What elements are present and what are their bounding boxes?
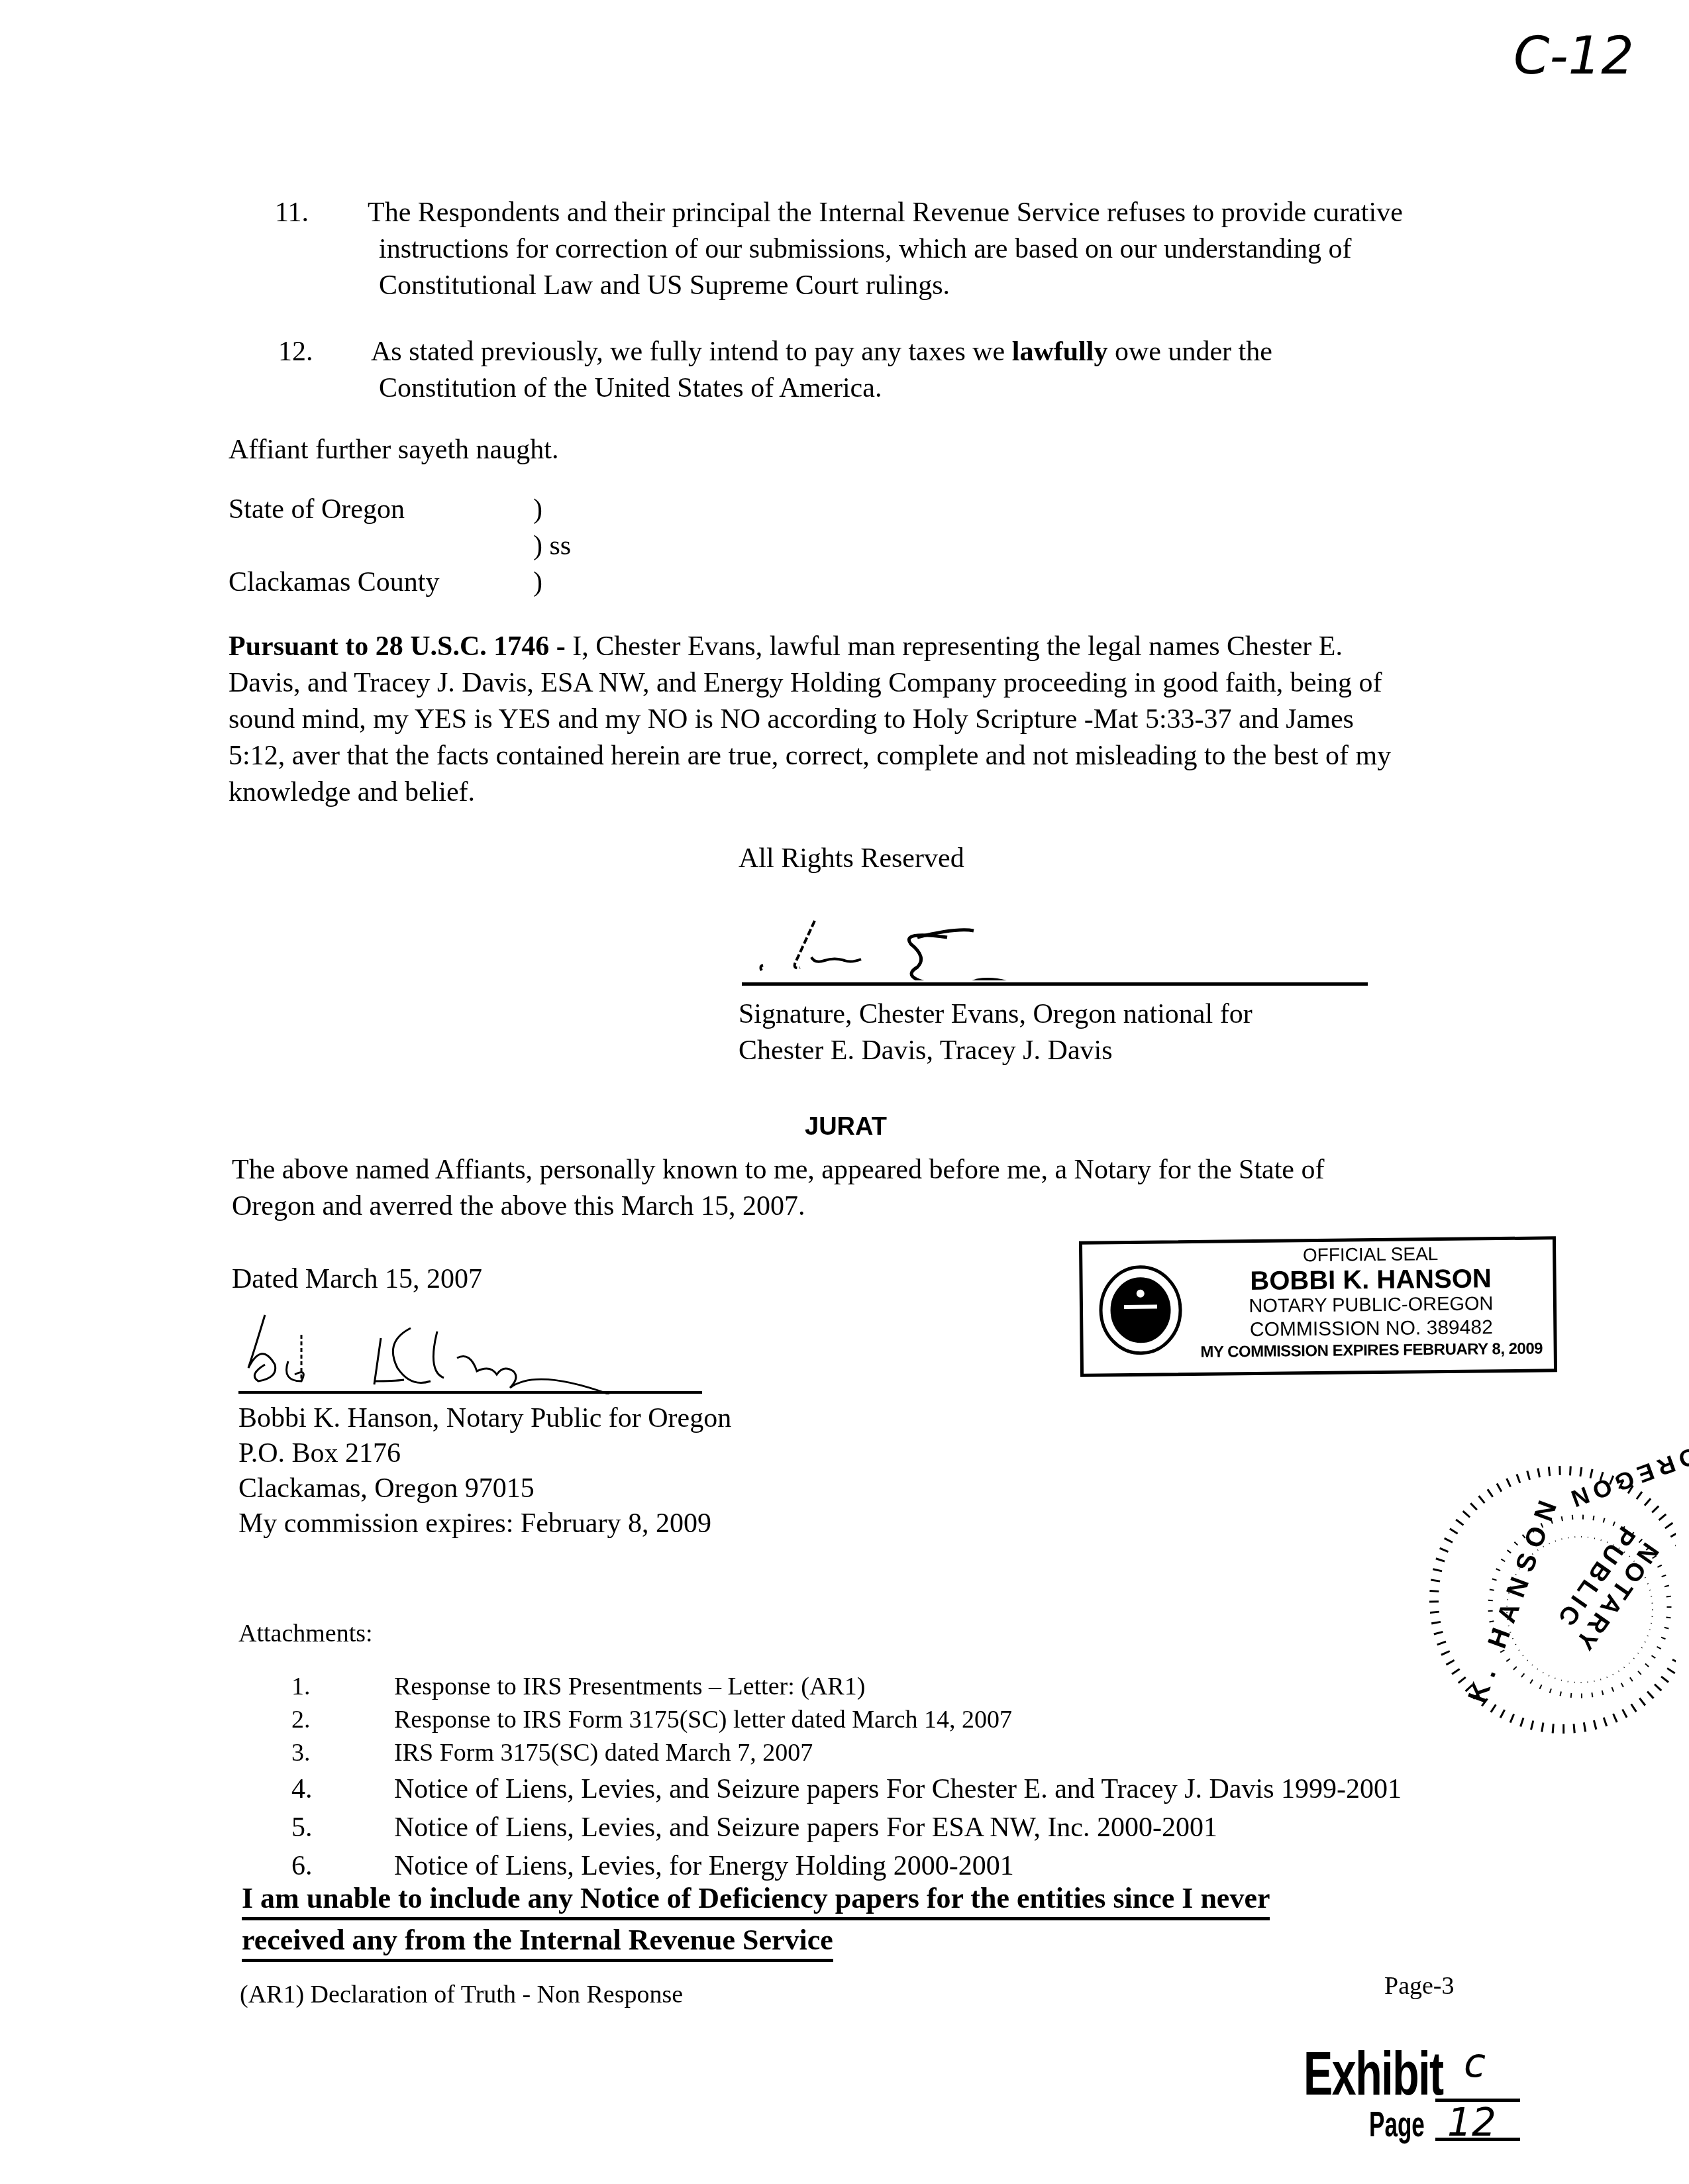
footer-page-number: Page-3 <box>1384 1969 1455 2003</box>
jurat-line-2: Oregon and averred the above this March … <box>232 1186 805 1227</box>
official-seal-stamp: OFFICIAL SEAL BOBBI K. HANSON NOTARY PUB… <box>1079 1236 1557 1377</box>
attachment-text: IRS Form 3175(SC) dated March 7, 2007 <box>394 1739 813 1767</box>
declaration-line-3: sound mind, my YES is YES and my NO is N… <box>229 699 1354 740</box>
item-text: As stated previously, we fully intend to… <box>371 337 1012 367</box>
exhibit-page-label: Page <box>1369 2106 1425 2142</box>
attachment-text: Response to IRS Presentments – Letter: (… <box>394 1673 865 1700</box>
item-number: 11. <box>275 192 368 233</box>
attachments-list: 1.Response to IRS Presentments – Letter:… <box>291 1669 1402 1884</box>
declaration-text: I, Chester Evans, lawful man representin… <box>572 631 1343 662</box>
venue-paren: ) <box>533 489 542 530</box>
embossed-notary-seal: K. HANSON OREGON NOTARY PUBLIC <box>1411 1444 1676 1736</box>
item-11: 11.The Respondents and their principal t… <box>275 192 1403 233</box>
seal-role: NOTARY PUBLIC-OREGON <box>1189 1294 1553 1317</box>
attachment-item: 2.Response to IRS Form 3175(SC) letter d… <box>291 1702 1402 1736</box>
declaration-line-4: 5:12, aver that the facts contained here… <box>229 735 1391 776</box>
deficiency-notice-line-1: I am unable to include any Notice of Def… <box>242 1878 1270 1920</box>
attachment-item: 3.IRS Form 3175(SC) dated March 7, 2007 <box>291 1736 1402 1769</box>
declaration-line-5: knowledge and belief. <box>229 772 475 813</box>
attachment-text: Notice of Liens, Levies, for Energy Hold… <box>394 1851 1014 1881</box>
affiant-closing: Affiant further sayeth naught. <box>229 429 558 470</box>
item-11-line-2: instructions for correction of our submi… <box>379 229 1352 270</box>
deficiency-notice-line-2: received any from the Internal Revenue S… <box>242 1920 833 1962</box>
exhibit-value: c <box>1464 2044 1486 2083</box>
state-seal-icon <box>1097 1263 1184 1357</box>
item-text: The Respondents and their principal the … <box>368 197 1403 228</box>
seal-commission: COMMISSION NO. 389482 <box>1189 1317 1553 1341</box>
declaration-lead: Pursuant to 28 U.S.C. 1746 - <box>229 631 572 662</box>
jurat-heading: JURAT <box>805 1113 887 1141</box>
item-11-line-3: Constitutional Law and US Supreme Court … <box>379 265 950 306</box>
attachment-number: 4. <box>291 1769 394 1810</box>
signature-caption-line-1: Signature, Chester Evans, Oregon nationa… <box>739 994 1253 1035</box>
declaration-line-2: Davis, and Tracey J. Davis, ESA NW, and … <box>229 662 1382 703</box>
item-number: 12. <box>278 331 371 372</box>
attachment-number: 3. <box>291 1736 394 1770</box>
item-text: owe under the <box>1107 337 1272 367</box>
handwritten-page-mark: C-12 <box>1513 26 1634 86</box>
notary-signature <box>238 1308 715 1394</box>
attachment-text: Notice of Liens, Levies, and Seizure pap… <box>394 1812 1217 1843</box>
item-text-emphasis: lawfully <box>1012 337 1108 367</box>
all-rights-reserved: All Rights Reserved <box>739 838 964 879</box>
declaration-line-1: Pursuant to 28 U.S.C. 1746 - I, Chester … <box>229 626 1343 667</box>
footer-doc-title: (AR1) Declaration of Truth - Non Respons… <box>240 1977 683 2012</box>
seal-expires: MY COMMISSION EXPIRES FEBRUARY 8, 2009 <box>1190 1341 1554 1361</box>
attachments-heading: Attachments: <box>238 1616 373 1651</box>
exhibit-label: Exhibit <box>1304 2044 1443 2105</box>
jurat-dated: Dated March 15, 2007 <box>232 1259 482 1300</box>
attachment-text: Response to IRS Form 3175(SC) letter dat… <box>394 1706 1012 1734</box>
exhibit-page-line <box>1435 2138 1520 2141</box>
seal-title: OFFICIAL SEAL <box>1188 1243 1553 1266</box>
venue-paren: ) <box>533 562 542 603</box>
venue-ss: ) ss <box>533 525 571 566</box>
notary-expires: My commission expires: February 8, 2009 <box>238 1503 711 1544</box>
venue-state: State of Oregon <box>229 489 405 530</box>
signature-line <box>742 982 1368 986</box>
venue-county: Clackamas County <box>229 562 439 603</box>
jurat-line-1: The above named Affiants, personally kno… <box>232 1149 1324 1190</box>
item-12-line-2: Constitution of the United States of Ame… <box>379 368 882 409</box>
attachment-number: 1. <box>291 1669 394 1704</box>
attachment-item: 5.Notice of Liens, Levies, and Seizure p… <box>291 1807 1402 1846</box>
attachment-number: 2. <box>291 1702 394 1737</box>
affiant-signature <box>755 908 1113 980</box>
exhibit-page-value: 12 <box>1447 2103 1496 2142</box>
notary-signature-line <box>238 1391 702 1394</box>
signature-caption-line-2: Chester E. Davis, Tracey J. Davis <box>739 1030 1113 1071</box>
seal-name: BOBBI K. HANSON <box>1188 1265 1553 1295</box>
item-12: 12.As stated previously, we fully intend… <box>278 331 1272 372</box>
attachment-number: 5. <box>291 1807 394 1848</box>
attachment-item: 1.Response to IRS Presentments – Letter:… <box>291 1669 1402 1702</box>
attachment-text: Notice of Liens, Levies, and Seizure pap… <box>394 1774 1402 1804</box>
attachment-item: 4.Notice of Liens, Levies, and Seizure p… <box>291 1769 1402 1807</box>
